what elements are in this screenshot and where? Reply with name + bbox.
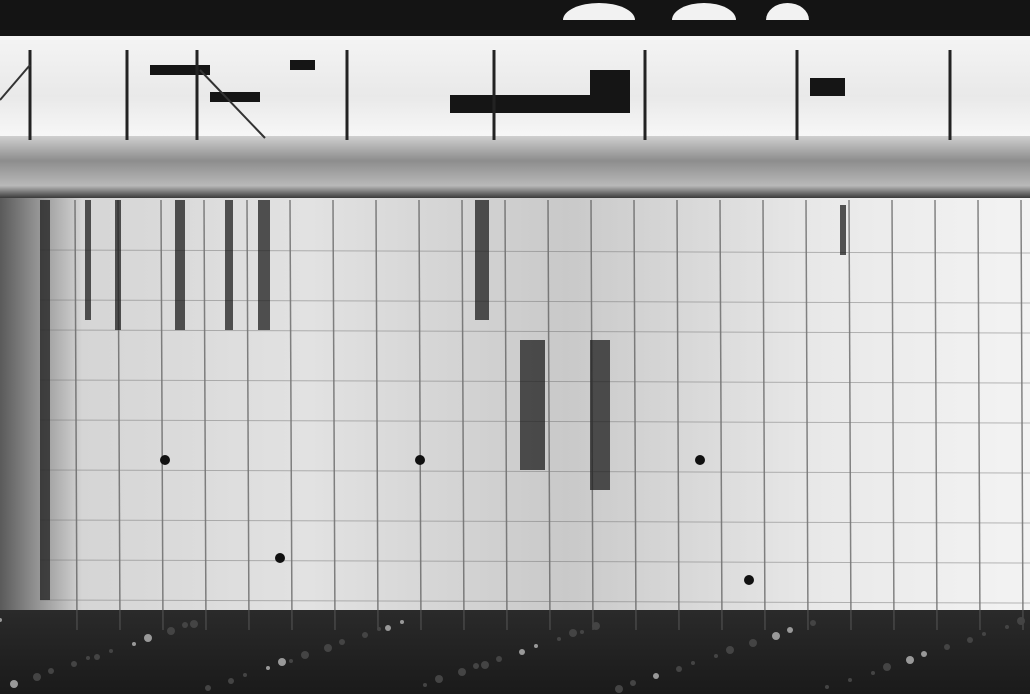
photograph [0, 0, 1030, 694]
detail-overlay [0, 0, 1030, 694]
